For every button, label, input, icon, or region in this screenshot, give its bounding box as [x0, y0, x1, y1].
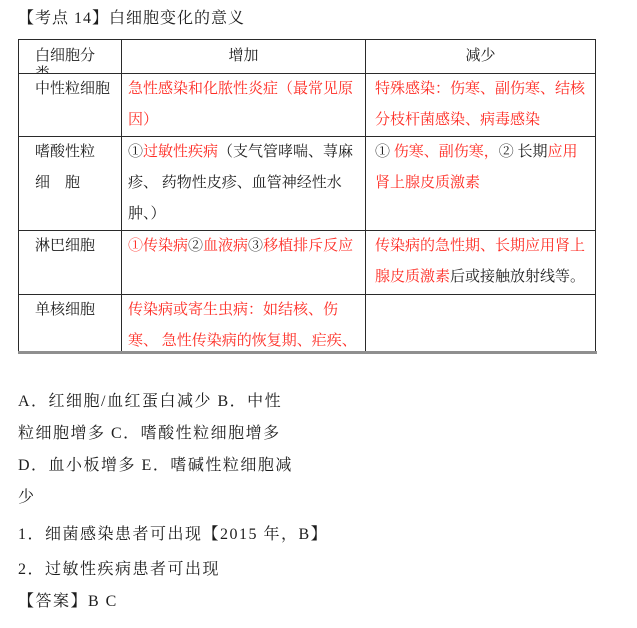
text-segment: 传染病或寄生虫病：如结核、伤寒、 急性传染病的恢复期、疟疾、黑 — [128, 302, 357, 354]
text-segment: 移植排斥反应 — [263, 238, 353, 254]
cell-increase: ①过敏性疾病（支气管哮喘、荨麻疹、 药物性皮疹、血管神经性水肿、） — [122, 137, 366, 231]
table-row-lymphocyte: 淋巴细胞 ①传染病②血液病③移植排斥反应 传染病的急性期、长期应用肾上腺皮质激素… — [19, 231, 596, 295]
column-header-decrease: 减少 — [366, 40, 596, 74]
cell-decrease — [366, 295, 596, 355]
column-header-category: 白细胞分类 — [35, 47, 99, 73]
cell-increase: ①传染病②血液病③移植排斥反应 — [122, 231, 366, 295]
text-segment: 后或接触放射线等。 — [450, 269, 585, 285]
text-segment: ① — [375, 144, 394, 160]
options-line: 少 — [18, 482, 293, 514]
options-line: A．红细胞/血红蛋白减少 B．中性 — [18, 386, 293, 418]
table-header-row: 白细胞分类 增加 减少 — [19, 40, 596, 74]
cell-category: 嗜酸性粒 细 胞 — [19, 137, 122, 231]
cell-category: 中性粒细胞 — [19, 74, 122, 137]
cell-category: 淋巴细胞 — [19, 231, 122, 295]
page-title: 【考点 14】白细胞变化的意义 — [18, 9, 245, 29]
cell-decrease: 传染病的急性期、长期应用肾上腺皮质激素后或接触放射线等。 — [366, 231, 596, 295]
cell-decrease: ① 伤寒、副伤寒，② 长期应用 肾上腺皮质激素 — [366, 137, 596, 231]
cell-category: 单核细胞 — [19, 295, 122, 355]
answer-options-block: A．红细胞/血红蛋白减少 B．中性 粒细胞增多 C．嗜酸性粒细胞增多 D．血小板… — [18, 386, 293, 514]
text-segment: ② — [188, 238, 203, 254]
cell-increase: 急性感染和化脓性炎症（最常见原因） — [122, 74, 366, 137]
text-segment: ② 长期 — [499, 144, 548, 160]
table-row-eosinophil: 嗜酸性粒 细 胞 ①过敏性疾病（支气管哮喘、荨麻疹、 药物性皮疹、血管神经性水肿… — [19, 137, 596, 231]
options-line: 粒细胞增多 C．嗜酸性粒细胞增多 — [18, 418, 293, 450]
text-segment: 伤寒、副伤寒， — [394, 144, 499, 160]
column-header-category-cell: 白细胞分类 — [19, 40, 122, 74]
text-segment: 特殊感染：伤寒、副伤寒、结核分枝杆菌感染、病毒感染 — [375, 81, 585, 128]
answer-line: 【答案】B C — [18, 587, 118, 617]
cell-decrease: 特殊感染：伤寒、副伤寒、结核分枝杆菌感染、病毒感染 — [366, 74, 596, 137]
leukocyte-change-table: 白细胞分类 增加 减少 中性粒细胞 急性感染和化脓性炎症（最常见原因） 特殊感染… — [18, 39, 597, 354]
text-segment: 血液病 — [203, 238, 248, 254]
table-row-neutrophil: 中性粒细胞 急性感染和化脓性炎症（最常见原因） 特殊感染：伤寒、副伤寒、结核分枝… — [19, 74, 596, 137]
column-header-increase: 增加 — [122, 40, 366, 74]
text-segment: ① — [128, 144, 143, 160]
text-segment: 过敏性疾病 — [143, 144, 218, 160]
cell-increase: 传染病或寄生虫病：如结核、伤寒、 急性传染病的恢复期、疟疾、黑 — [122, 295, 366, 355]
text-segment: ③ — [248, 238, 263, 254]
text-segment: ①传染病 — [128, 238, 188, 254]
options-line: D．血小板增多 E．嗜碱性粒细胞减 — [18, 450, 293, 482]
column-header-category-clip: 白细胞分类 — [19, 40, 103, 73]
table: 白细胞分类 增加 减少 中性粒细胞 急性感染和化脓性炎症（最常见原因） 特殊感染… — [18, 39, 596, 354]
question-2: 2．过敏性疾病患者可出现 — [18, 555, 220, 585]
table-row-monocyte: 单核细胞 传染病或寄生虫病：如结核、伤寒、 急性传染病的恢复期、疟疾、黑 — [19, 295, 596, 355]
question-1: 1．细菌感染患者可出现【2015 年，B】 — [18, 520, 328, 550]
text-segment: 急性感染和化脓性炎症（最常见原因） — [128, 81, 353, 128]
